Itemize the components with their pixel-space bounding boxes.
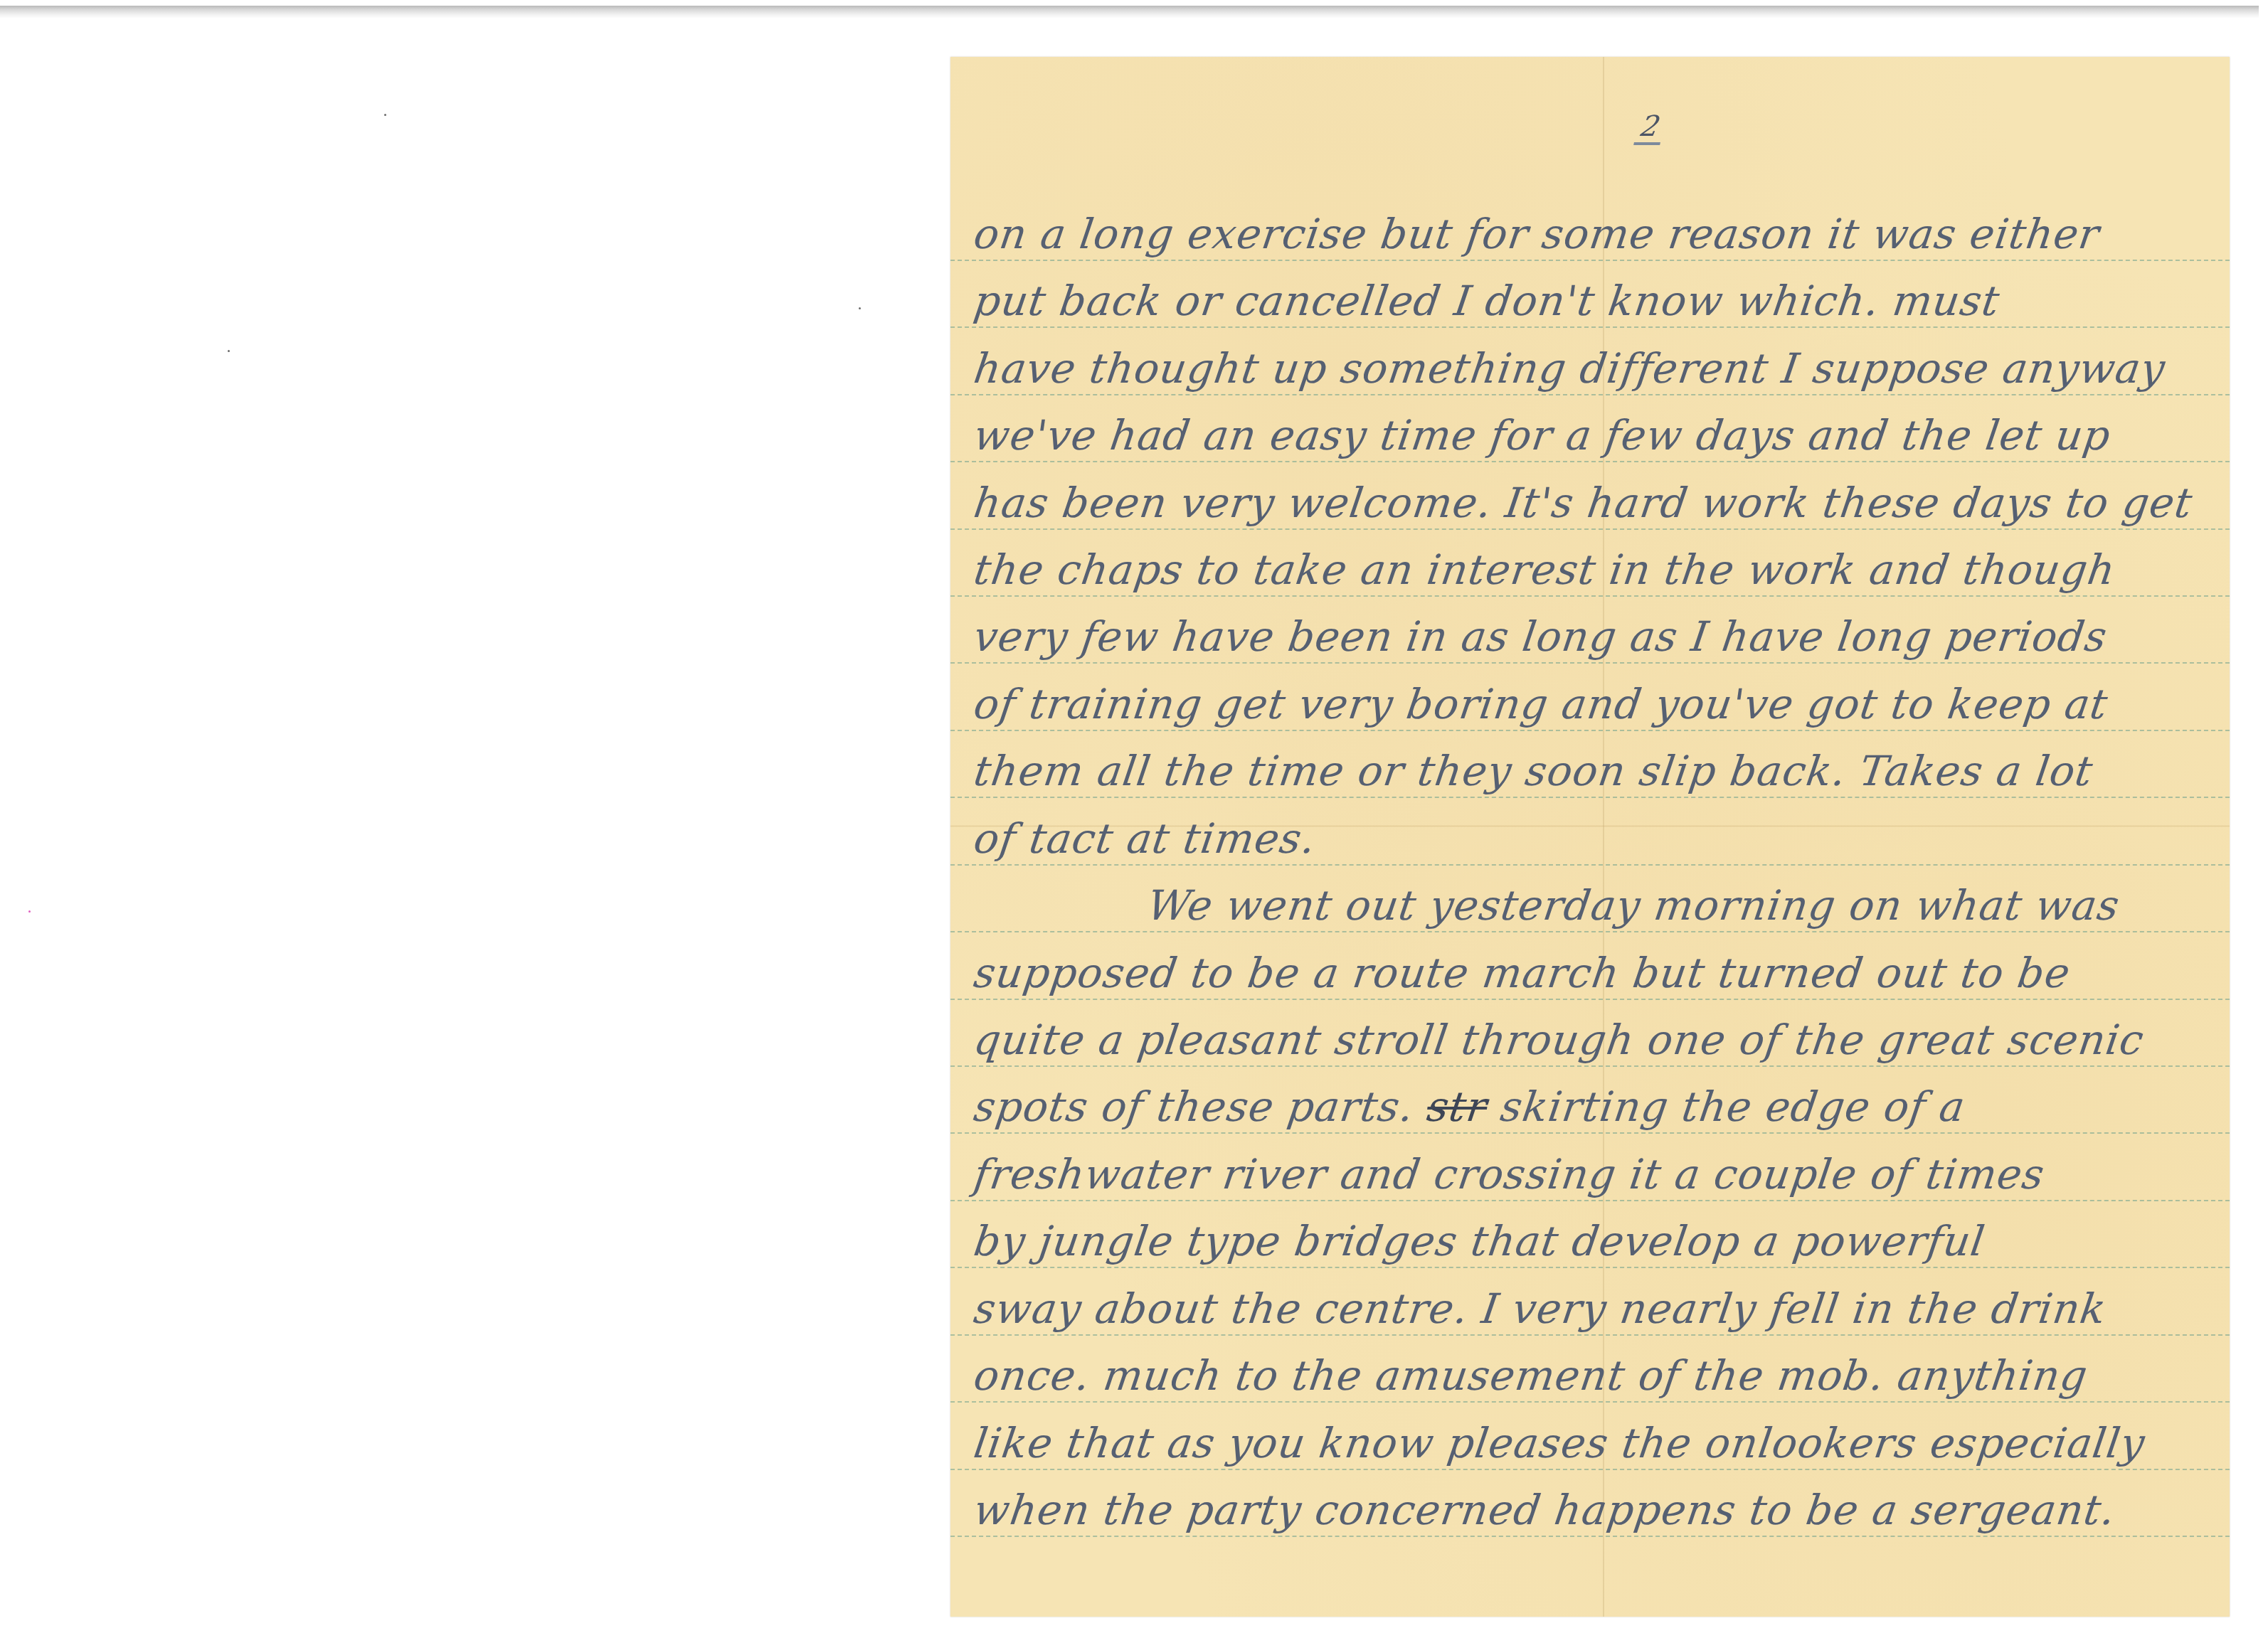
letter-line: have thought up something different I su… <box>970 340 2169 397</box>
letter-line: sway about the centre. I very nearly fel… <box>970 1280 2110 1337</box>
scan-speck <box>384 114 386 116</box>
letter-line: spots of these parts. str skirting the e… <box>970 1078 1969 1135</box>
letter-line: supposed to be a route march but turned … <box>970 945 2074 1001</box>
letter-line: of tact at times. <box>970 810 1320 867</box>
letter-line: like that as you know pleases the onlook… <box>970 1415 2148 1472</box>
scan-speck <box>228 350 230 352</box>
letter-line: on a long exercise but for some reason i… <box>970 206 2104 262</box>
letter-line-paragraph-start: We went out yesterday morning on what wa… <box>1144 877 2124 934</box>
letter-line: freshwater river and crossing it a coupl… <box>970 1146 2048 1203</box>
letter-line: by jungle type bridges that develop a po… <box>970 1213 1989 1270</box>
page-number: 2 <box>1633 112 1667 145</box>
letter-line-segment: spots of these parts. <box>971 1083 1417 1131</box>
letter-line: when the party concerned happens to be a… <box>970 1482 2119 1538</box>
letter-line-segment: skirting the edge of a <box>1498 1083 1968 1131</box>
letter-line: put back or cancelled I don't know which… <box>970 272 2003 329</box>
letter-line: has been very welcome. It's hard work th… <box>970 474 2196 531</box>
scan-speck <box>28 910 31 913</box>
letter-line: of training get very boring and you've g… <box>970 676 2111 733</box>
letter-line: very few have been in as long as I have … <box>970 608 2111 665</box>
letter-line: quite a pleasant stroll through one of t… <box>970 1011 2148 1068</box>
letter-line: them all the time or they soon slip back… <box>970 743 2097 799</box>
letter-line: the chaps to take an interest in the wor… <box>970 541 2119 598</box>
letter-line: once. much to the amusement of the mob. … <box>970 1347 2092 1404</box>
scanner-edge-shadow <box>0 6 2259 18</box>
scan-speck <box>859 307 861 309</box>
letter-line: we've had an easy time for a few days an… <box>970 407 2114 464</box>
letter-page: 2 on a long exercise but for some reason… <box>950 57 2230 1617</box>
struck-out-word: str <box>1424 1083 1490 1131</box>
